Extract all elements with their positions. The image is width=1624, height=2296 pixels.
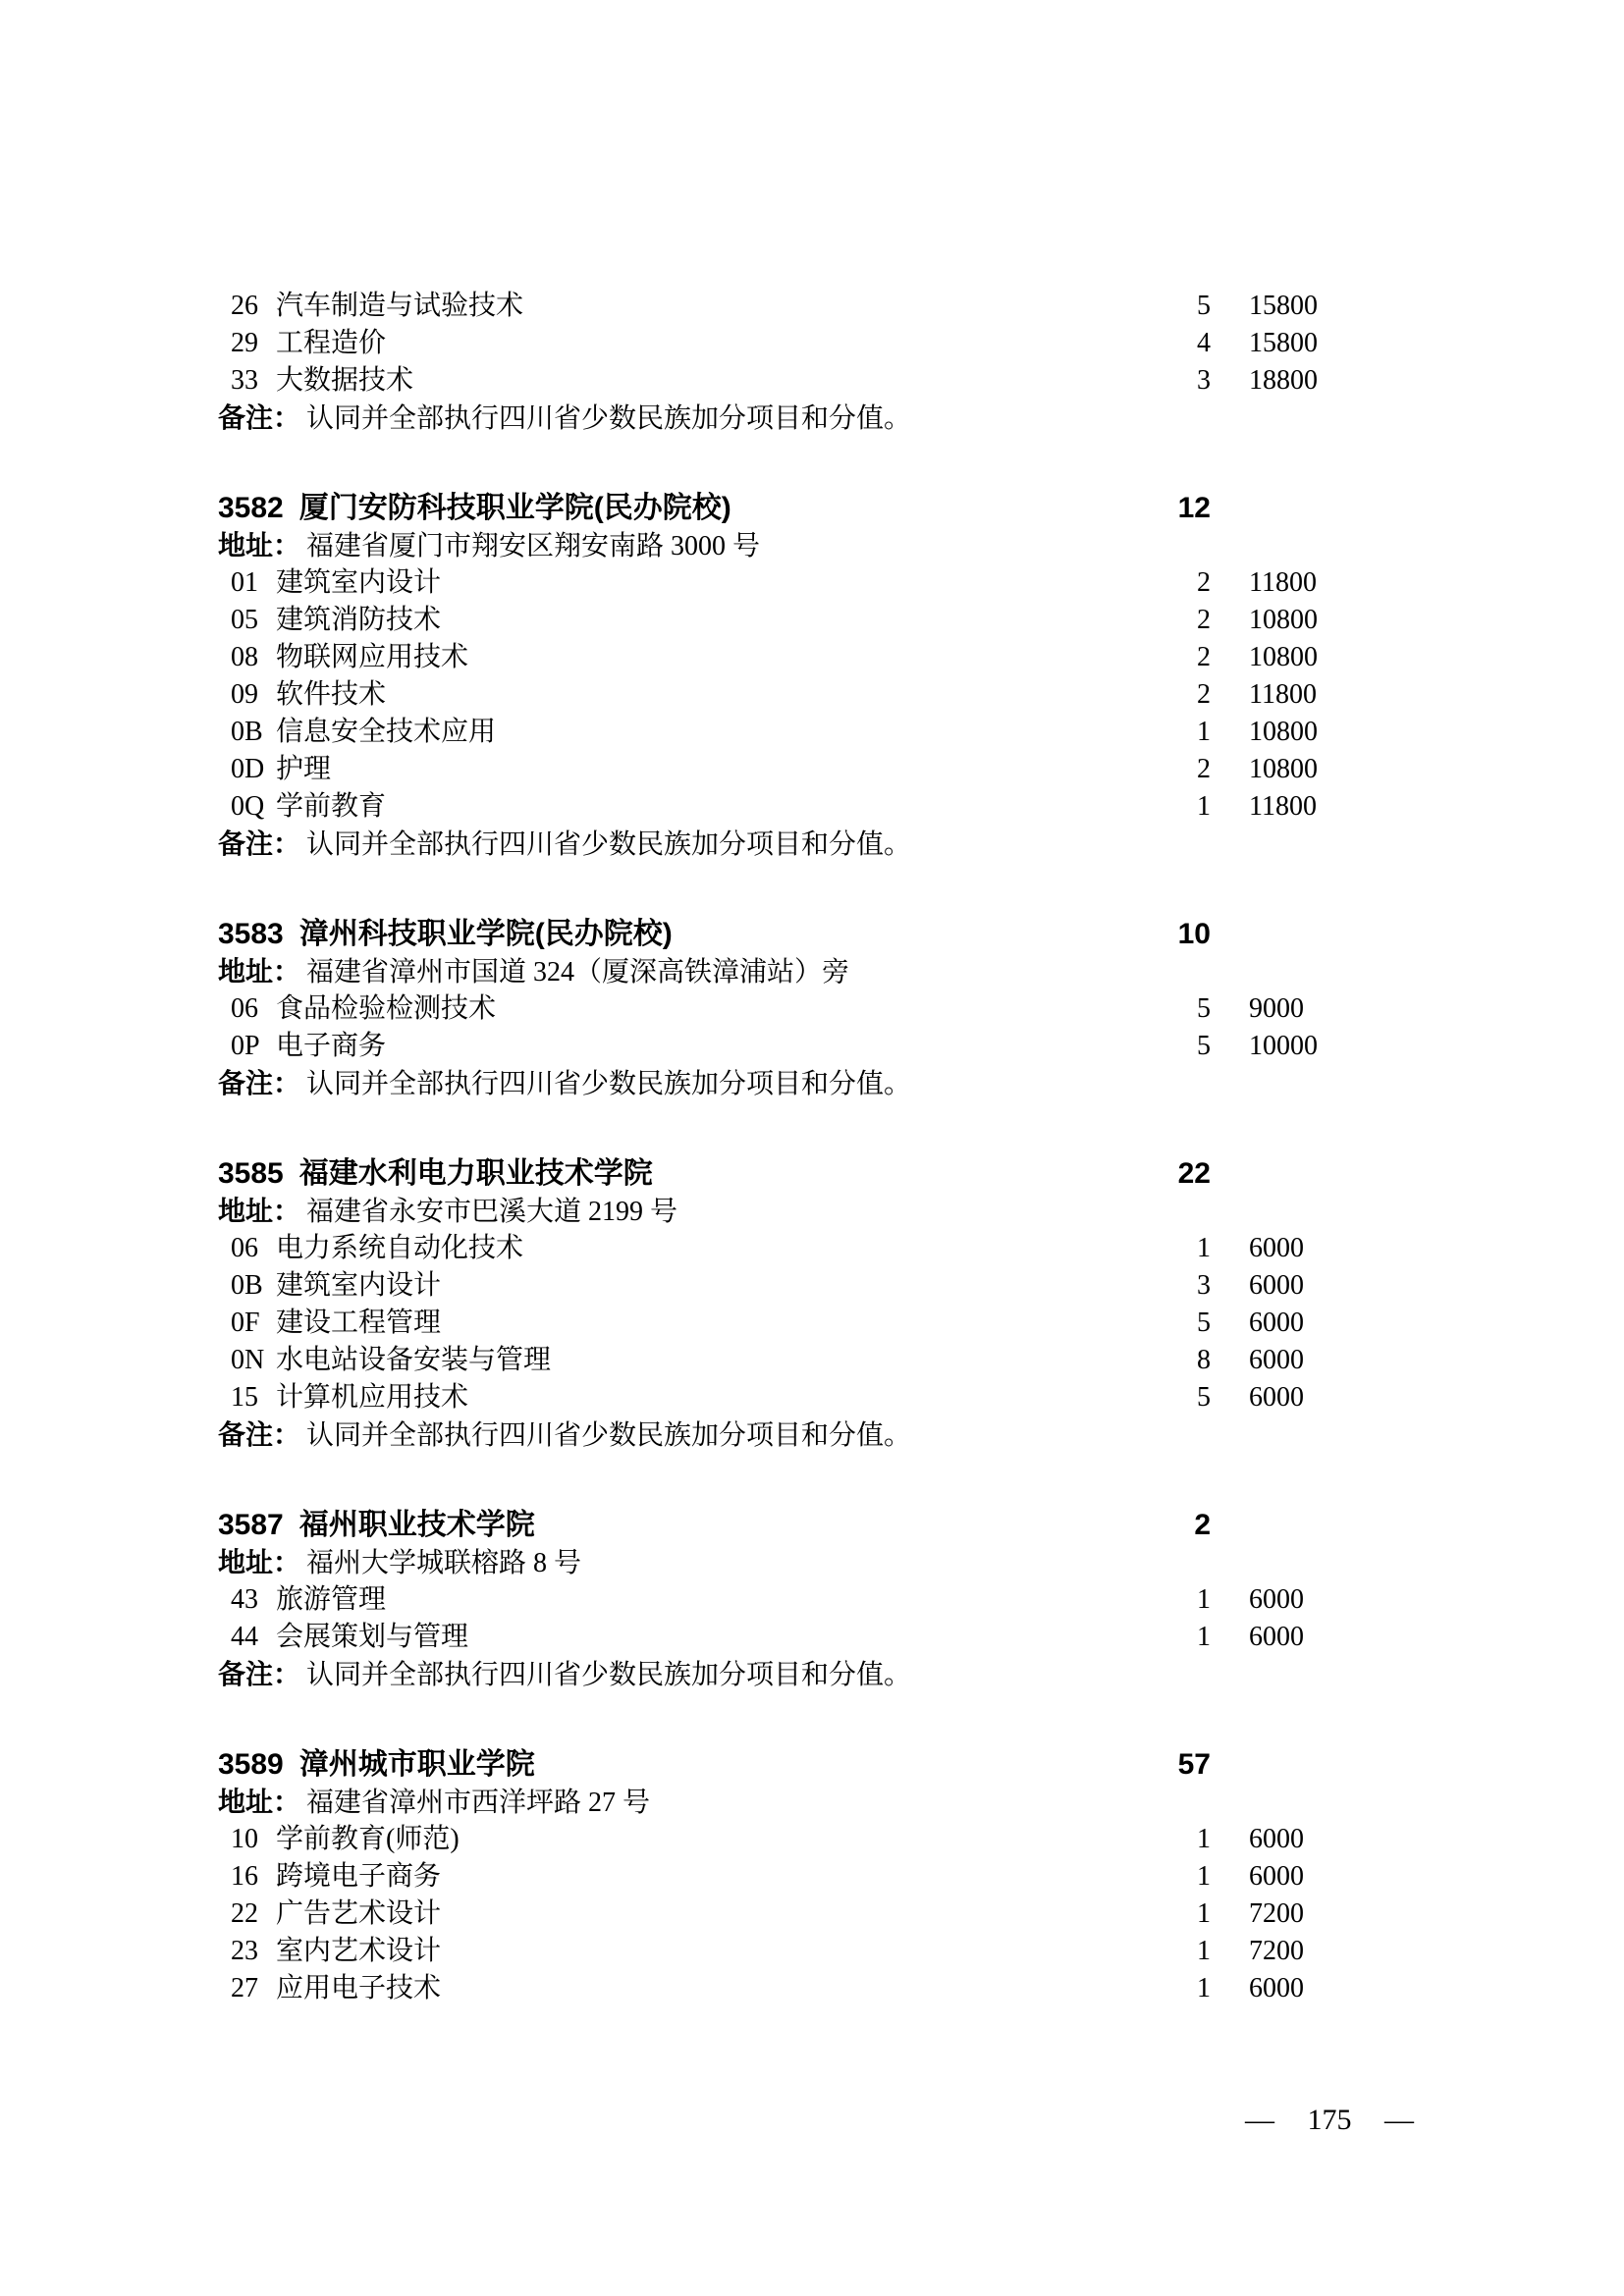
- major-code: 06: [231, 990, 276, 1028]
- school-name: 漳州科技职业学院(民办院校): [299, 918, 673, 950]
- school-code: 3589: [218, 1748, 284, 1781]
- school-header: 3582厦门安防科技职业学院(民办院校) 12: [218, 490, 1327, 527]
- major-name: 电子商务: [276, 1031, 386, 1061]
- major-code: 0F: [231, 1305, 276, 1342]
- major-quota: 1: [1197, 1821, 1211, 1858]
- major-code: 27: [231, 1970, 276, 2007]
- major-code: 23: [231, 1933, 276, 1970]
- major-name: 室内艺术设计: [276, 1936, 441, 1966]
- school-header: 3587福州职业技术学院 2: [218, 1507, 1327, 1544]
- major-code: 0N: [231, 1342, 276, 1379]
- major-row: 29工程造价 4 15800: [218, 325, 1327, 362]
- major-row: 26汽车制造与试验技术 5 15800: [218, 288, 1327, 325]
- major-code: 16: [231, 1858, 276, 1896]
- school-code: 3582: [218, 492, 284, 524]
- major-fee: 15800: [1249, 288, 1318, 325]
- school-code: 3585: [218, 1157, 284, 1190]
- document-page: 地址： 26汽车制造与试验技术 5 15800 29工程造价 4 15800 3…: [0, 0, 1624, 2296]
- major-fee: 6000: [1249, 1230, 1304, 1267]
- major-fee: 10800: [1249, 714, 1318, 751]
- address-text: 福建省永安市巴溪大道 2199 号: [306, 1197, 677, 1227]
- major-quota: 1: [1197, 788, 1211, 826]
- major-quota: 2: [1197, 751, 1211, 788]
- school-section: 3585福建水利电力职业技术学院 22 地址：福建省永安市巴溪大道 2199 号…: [218, 1155, 1327, 1454]
- school-address-row: 地址：福建省漳州市西洋坪路 27 号: [218, 1784, 1327, 1821]
- major-code: 06: [231, 1230, 276, 1267]
- major-name: 食品检验检测技术: [276, 993, 496, 1024]
- major-code: 08: [231, 639, 276, 676]
- address-text: 福建省漳州市国道 324（厦深高铁漳浦站）旁: [306, 957, 849, 988]
- major-fee: 6000: [1249, 1379, 1304, 1416]
- major-quota: 5: [1197, 1379, 1211, 1416]
- major-fee: 6000: [1249, 1267, 1304, 1305]
- note-row: 备注：认同并全部执行四川省少数民族加分项目和分值。: [218, 826, 1327, 863]
- school-address-row: 地址：福建省永安市巴溪大道 2199 号: [218, 1193, 1327, 1230]
- major-fee: 10000: [1249, 1028, 1318, 1065]
- major-fee: 6000: [1249, 1858, 1304, 1896]
- school-name: 厦门安防科技职业学院(民办院校): [299, 492, 731, 524]
- school-code: 3587: [218, 1509, 284, 1541]
- school-name: 福州职业技术学院: [299, 1509, 535, 1541]
- major-fee: 18800: [1249, 362, 1318, 400]
- major-quota: 3: [1197, 1267, 1211, 1305]
- major-code: 0B: [231, 714, 276, 751]
- address-label: 地址：: [218, 530, 300, 561]
- major-row: 27应用电子技术 1 6000: [218, 1970, 1327, 2007]
- school-section: 地址： 26汽车制造与试验技术 5 15800 29工程造价 4 15800 3…: [218, 288, 1327, 437]
- major-code: 15: [231, 1379, 276, 1416]
- major-name: 应用电子技术: [276, 1973, 441, 2003]
- major-name: 信息安全技术应用: [276, 717, 496, 747]
- footer-dash-right: —: [1384, 2102, 1414, 2139]
- major-quota: 8: [1197, 1342, 1211, 1379]
- sections-container: 地址： 26汽车制造与试验技术 5 15800 29工程造价 4 15800 3…: [218, 288, 1327, 2007]
- major-code: 0P: [231, 1028, 276, 1065]
- major-name: 建筑消防技术: [276, 605, 441, 635]
- major-name: 学前教育(师范): [276, 1824, 460, 1854]
- major-name: 计算机应用技术: [276, 1382, 468, 1413]
- school-code: 3583: [218, 918, 284, 950]
- address-text: 福建省漳州市西洋坪路 27 号: [306, 1788, 650, 1818]
- footer-dash-left: —: [1245, 2102, 1274, 2139]
- major-fee: 7200: [1249, 1896, 1304, 1933]
- major-quota: 5: [1197, 288, 1211, 325]
- major-row: 09软件技术 2 11800: [218, 676, 1327, 714]
- note-text: 认同并全部执行四川省少数民族加分项目和分值。: [306, 1069, 911, 1099]
- note-row: 备注：认同并全部执行四川省少数民族加分项目和分值。: [218, 400, 1327, 437]
- note-row: 备注：认同并全部执行四川省少数民族加分项目和分值。: [218, 1416, 1327, 1454]
- major-quota: 3: [1197, 362, 1211, 400]
- major-quota: 2: [1197, 564, 1211, 602]
- major-row: 16跨境电子商务 1 6000: [218, 1858, 1327, 1896]
- major-name: 护理: [276, 754, 331, 784]
- note-text: 认同并全部执行四川省少数民族加分项目和分值。: [306, 1660, 911, 1690]
- major-code: 0B: [231, 1267, 276, 1305]
- school-section: 3583漳州科技职业学院(民办院校) 10 地址：福建省漳州市国道 324（厦深…: [218, 916, 1327, 1102]
- address-label: 地址：: [218, 1547, 300, 1577]
- major-quota: 5: [1197, 990, 1211, 1028]
- items-container: 06食品检验检测技术 5 9000 0P电子商务 5 10000: [218, 990, 1327, 1065]
- major-name: 旅游管理: [276, 1584, 386, 1615]
- major-row: 43旅游管理 1 6000: [218, 1581, 1327, 1619]
- major-code: 0D: [231, 751, 276, 788]
- school-address-row: 地址：福州大学城联榕路 8 号: [218, 1544, 1327, 1581]
- page-number-footer: — 175 —: [1245, 2102, 1414, 2139]
- note-label: 备注：: [218, 1068, 300, 1098]
- major-name: 建筑室内设计: [276, 1270, 441, 1301]
- address-label: 地址：: [218, 956, 300, 987]
- items-container: 06电力系统自动化技术 1 6000 0B建筑室内设计 3 6000 0F建设工…: [218, 1230, 1327, 1416]
- major-fee: 10800: [1249, 639, 1318, 676]
- school-section: 3589漳州城市职业学院 57 地址：福建省漳州市西洋坪路 27 号 10学前教…: [218, 1746, 1327, 2007]
- major-fee: 6000: [1249, 1619, 1304, 1656]
- major-fee: 11800: [1249, 564, 1317, 602]
- school-section: 3587福州职业技术学院 2 地址：福州大学城联榕路 8 号 43旅游管理 1 …: [218, 1507, 1327, 1693]
- note-text: 认同并全部执行四川省少数民族加分项目和分值。: [306, 403, 911, 434]
- major-code: 22: [231, 1896, 276, 1933]
- major-quota: 1: [1197, 1933, 1211, 1970]
- major-name: 会展策划与管理: [276, 1622, 468, 1652]
- major-fee: 11800: [1249, 788, 1317, 826]
- school-header: 3585福建水利电力职业技术学院 22: [218, 1155, 1327, 1193]
- major-fee: 6000: [1249, 1821, 1304, 1858]
- major-name: 学前教育: [276, 791, 386, 822]
- major-quota: 1: [1197, 1230, 1211, 1267]
- school-name: 漳州城市职业学院: [299, 1748, 535, 1781]
- major-row: 06食品检验检测技术 5 9000: [218, 990, 1327, 1028]
- major-row: 0P电子商务 5 10000: [218, 1028, 1327, 1065]
- school-total-quota: 57: [1178, 1746, 1211, 1784]
- major-fee: 6000: [1249, 1970, 1304, 2007]
- major-code: 26: [231, 288, 276, 325]
- page-number: 175: [1308, 2102, 1352, 2139]
- major-quota: 1: [1197, 1619, 1211, 1656]
- major-name: 物联网应用技术: [276, 642, 468, 672]
- major-name: 建设工程管理: [276, 1308, 441, 1338]
- major-row: 01建筑室内设计 2 11800: [218, 564, 1327, 602]
- major-row: 44会展策划与管理 1 6000: [218, 1619, 1327, 1656]
- major-quota: 1: [1197, 1970, 1211, 2007]
- school-total-quota: 10: [1178, 916, 1211, 953]
- major-code: 43: [231, 1581, 276, 1619]
- note-row: 备注：认同并全部执行四川省少数民族加分项目和分值。: [218, 1656, 1327, 1693]
- school-name: 福建水利电力职业技术学院: [299, 1157, 653, 1190]
- major-row: 0B建筑室内设计 3 6000: [218, 1267, 1327, 1305]
- major-row: 08物联网应用技术 2 10800: [218, 639, 1327, 676]
- school-address-row: 地址：福建省漳州市国道 324（厦深高铁漳浦站）旁: [218, 953, 1327, 990]
- major-row: 10学前教育(师范) 1 6000: [218, 1821, 1327, 1858]
- major-fee: 11800: [1249, 676, 1317, 714]
- major-name: 水电站设备安装与管理: [276, 1345, 551, 1375]
- major-row: 05建筑消防技术 2 10800: [218, 602, 1327, 639]
- items-container: 10学前教育(师范) 1 6000 16跨境电子商务 1 6000 22广告艺术…: [218, 1821, 1327, 2007]
- major-row: 06电力系统自动化技术 1 6000: [218, 1230, 1327, 1267]
- major-code: 29: [231, 325, 276, 362]
- major-name: 电力系统自动化技术: [276, 1233, 523, 1263]
- major-quota: 1: [1197, 1858, 1211, 1896]
- school-total-quota: 12: [1178, 490, 1211, 527]
- school-total-quota: 22: [1178, 1155, 1211, 1193]
- major-name: 工程造价: [276, 328, 386, 358]
- major-row: 0F建设工程管理 5 6000: [218, 1305, 1327, 1342]
- major-fee: 6000: [1249, 1342, 1304, 1379]
- major-code: 10: [231, 1821, 276, 1858]
- items-container: 26汽车制造与试验技术 5 15800 29工程造价 4 15800 33大数据…: [218, 288, 1327, 400]
- major-fee: 15800: [1249, 325, 1318, 362]
- major-row: 0N水电站设备安装与管理 8 6000: [218, 1342, 1327, 1379]
- note-label: 备注：: [218, 1659, 300, 1689]
- note-label: 备注：: [218, 402, 300, 433]
- address-label: 地址：: [218, 1196, 300, 1226]
- school-header: 3589漳州城市职业学院 57: [218, 1746, 1327, 1784]
- major-code: 09: [231, 676, 276, 714]
- school-total-quota: 2: [1194, 1507, 1211, 1544]
- school-header: 3583漳州科技职业学院(民办院校) 10: [218, 916, 1327, 953]
- address-text: 福建省厦门市翔安区翔安南路 3000 号: [306, 531, 760, 561]
- major-code: 33: [231, 362, 276, 400]
- major-row: 0D护理 2 10800: [218, 751, 1327, 788]
- major-code: 05: [231, 602, 276, 639]
- major-name: 大数据技术: [276, 365, 413, 396]
- major-code: 44: [231, 1619, 276, 1656]
- note-label: 备注：: [218, 1419, 300, 1450]
- major-fee: 6000: [1249, 1581, 1304, 1619]
- major-fee: 7200: [1249, 1933, 1304, 1970]
- major-name: 软件技术: [276, 679, 386, 710]
- major-quota: 4: [1197, 325, 1211, 362]
- items-container: 01建筑室内设计 2 11800 05建筑消防技术 2 10800 08物联网应…: [218, 564, 1327, 826]
- address-text: 福州大学城联榕路 8 号: [306, 1548, 581, 1578]
- school-address-row: 地址：福建省厦门市翔安区翔安南路 3000 号: [218, 527, 1327, 564]
- major-fee: 10800: [1249, 602, 1318, 639]
- major-row: 33大数据技术 3 18800: [218, 362, 1327, 400]
- note-label: 备注：: [218, 828, 300, 859]
- major-quota: 2: [1197, 602, 1211, 639]
- major-name: 汽车制造与试验技术: [276, 291, 523, 321]
- major-row: 23室内艺术设计 1 7200: [218, 1933, 1327, 1970]
- major-quota: 1: [1197, 714, 1211, 751]
- major-quota: 1: [1197, 1896, 1211, 1933]
- note-text: 认同并全部执行四川省少数民族加分项目和分值。: [306, 1420, 911, 1451]
- major-name: 跨境电子商务: [276, 1861, 441, 1892]
- major-fee: 10800: [1249, 751, 1318, 788]
- note-text: 认同并全部执行四川省少数民族加分项目和分值。: [306, 829, 911, 860]
- major-row: 0Q学前教育 1 11800: [218, 788, 1327, 826]
- items-container: 43旅游管理 1 6000 44会展策划与管理 1 6000: [218, 1581, 1327, 1656]
- major-row: 15计算机应用技术 5 6000: [218, 1379, 1327, 1416]
- major-row: 0B信息安全技术应用 1 10800: [218, 714, 1327, 751]
- major-fee: 6000: [1249, 1305, 1304, 1342]
- major-quota: 2: [1197, 676, 1211, 714]
- major-name: 建筑室内设计: [276, 567, 441, 598]
- school-section: 3582厦门安防科技职业学院(民办院校) 12 地址：福建省厦门市翔安区翔安南路…: [218, 490, 1327, 863]
- major-fee: 9000: [1249, 990, 1304, 1028]
- address-label: 地址：: [218, 1787, 300, 1817]
- major-code: 0Q: [231, 788, 276, 826]
- major-quota: 5: [1197, 1305, 1211, 1342]
- major-code: 01: [231, 564, 276, 602]
- note-row: 备注：认同并全部执行四川省少数民族加分项目和分值。: [218, 1065, 1327, 1102]
- major-quota: 2: [1197, 639, 1211, 676]
- major-row: 22广告艺术设计 1 7200: [218, 1896, 1327, 1933]
- major-name: 广告艺术设计: [276, 1898, 441, 1929]
- major-quota: 1: [1197, 1581, 1211, 1619]
- major-quota: 5: [1197, 1028, 1211, 1065]
